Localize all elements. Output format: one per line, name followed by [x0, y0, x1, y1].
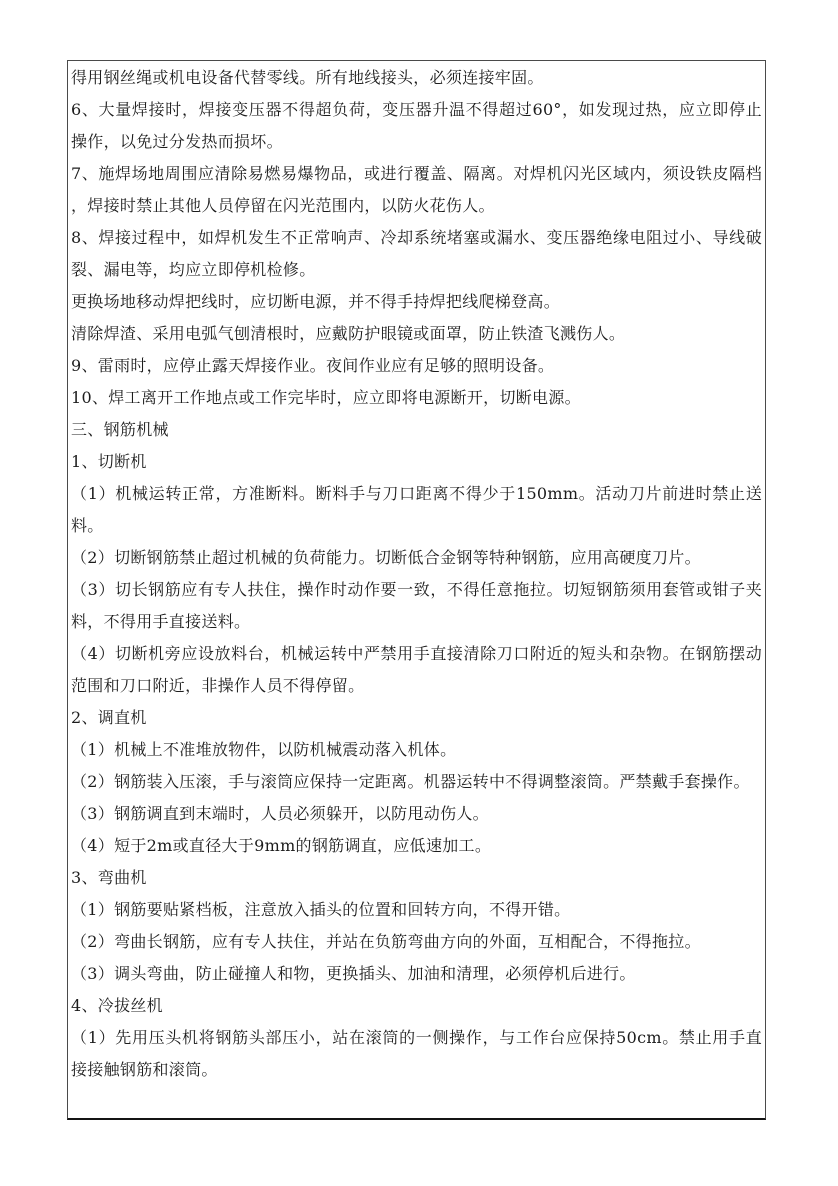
paragraph: 清除焊渣、采用电弧气刨清根时，应戴防护眼镜或面罩，防止铁渣飞溅伤人。: [71, 318, 762, 350]
paragraph: （3）切长钢筋应有专人扶住，操作时动作要一致，不得任意拖拉。切短钢筋须用套管或钳…: [71, 574, 762, 638]
paragraph: （3）钢筋调直到末端时，人员必须躲开，以防甩动伤人。: [71, 798, 762, 830]
paragraph: 2、调直机: [71, 702, 762, 734]
paragraph: （1）先用压头机将钢筋头部压小，站在滚筒的一侧操作，与工作台应保持50cm。禁止…: [71, 1022, 762, 1086]
paragraph: 得用钢丝绳或机电设备代替零线。所有地线接头，必须连接牢固。: [71, 62, 762, 94]
paragraph: （1）机械运转正常，方准断料。断料手与刀口距离不得少于150mm。活动刀片前进时…: [71, 478, 762, 542]
paragraph: 7、施焊场地周围应清除易燃易爆物品，或进行覆盖、隔离。对焊机闪光区域内，须设铁皮…: [71, 158, 762, 222]
document-cell: 得用钢丝绳或机电设备代替零线。所有地线接头，必须连接牢固。6、大量焊接时，焊接变…: [67, 60, 766, 1120]
paragraph: （4）短于2m或直径大于9mm的钢筋调直，应低速加工。: [71, 830, 762, 862]
paragraph: （2）切断钢筋禁止超过机械的负荷能力。切断低合金钢等特种钢筋，应用高硬度刀片。: [71, 542, 762, 574]
paragraph: 4、冷拔丝机: [71, 990, 762, 1022]
paragraph-list: 得用钢丝绳或机电设备代替零线。所有地线接头，必须连接牢固。6、大量焊接时，焊接变…: [68, 61, 765, 1086]
paragraph: 三、钢筋机械: [71, 414, 762, 446]
paragraph: 9、雷雨时，应停止露天焊接作业。夜间作业应有足够的照明设备。: [71, 350, 762, 382]
paragraph: （4）切断机旁应设放料台，机械运转中严禁用手直接清除刀口附近的短头和杂物。在钢筋…: [71, 638, 762, 702]
paragraph: （1）钢筋要贴紧档板，注意放入插头的位置和回转方向，不得开错。: [71, 894, 762, 926]
paragraph: （1）机械上不准堆放物件，以防机械震动落入机体。: [71, 734, 762, 766]
paragraph: 1、切断机: [71, 446, 762, 478]
paragraph: 更换场地移动焊把线时，应切断电源，并不得手持焊把线爬梯登高。: [71, 286, 762, 318]
paragraph: 6、大量焊接时，焊接变压器不得超负荷，变压器升温不得超过60°，如发现过热，应立…: [71, 94, 762, 158]
paragraph: 10、焊工离开工作地点或工作完毕时，应立即将电源断开，切断电源。: [71, 382, 762, 414]
paragraph: （2）钢筋装入压滚，手与滚筒应保持一定距离。机器运转中不得调整滚筒。严禁戴手套操…: [71, 766, 762, 798]
paragraph: （2）弯曲长钢筋，应有专人扶住，并站在负筋弯曲方向的外面，互相配合，不得拖拉。: [71, 926, 762, 958]
paragraph: 8、焊接过程中，如焊机发生不正常响声、冷却系统堵塞或漏水、变压器绝缘电阻过小、导…: [71, 222, 762, 286]
paragraph: 3、弯曲机: [71, 862, 762, 894]
document-page: 得用钢丝绳或机电设备代替零线。所有地线接头，必须连接牢固。6、大量焊接时，焊接变…: [0, 0, 838, 1186]
paragraph: （3）调头弯曲，防止碰撞人和物，更换插头、加油和清理，必须停机后进行。: [71, 958, 762, 990]
